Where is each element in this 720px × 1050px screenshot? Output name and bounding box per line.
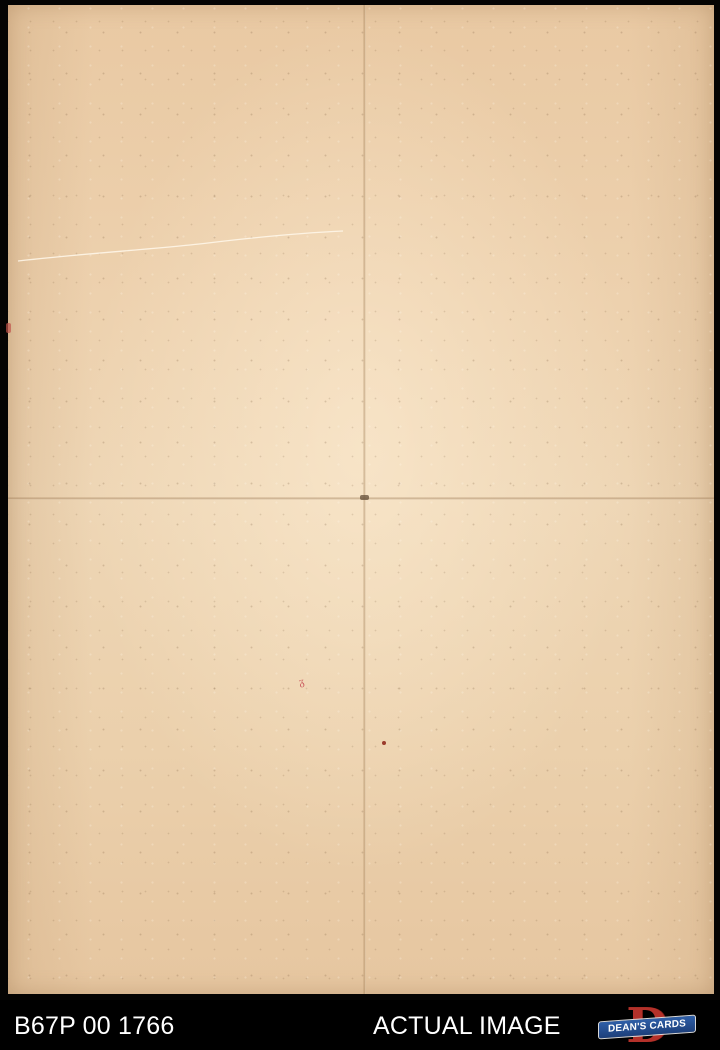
fold-intersection-mark — [360, 495, 369, 500]
red-pencil-mark: ᵹ — [298, 675, 305, 689]
deans-cards-logo: D DEAN'S CARDS — [598, 1004, 694, 1048]
edge-red-mark — [6, 323, 11, 333]
logo-banner: DEAN'S CARDS — [598, 1015, 696, 1040]
scan-area: ᵹ — [0, 0, 720, 1000]
actual-image-label: ACTUAL IMAGE — [373, 1012, 561, 1041]
red-dot-mark — [382, 741, 386, 745]
paper-crack-line — [8, 223, 348, 283]
paper-sheet: ᵹ — [8, 5, 714, 994]
footer-bar: B67P 00 1766 ACTUAL IMAGE D DEAN'S CARDS — [0, 1000, 720, 1050]
item-code: B67P 00 1766 — [14, 1012, 174, 1041]
